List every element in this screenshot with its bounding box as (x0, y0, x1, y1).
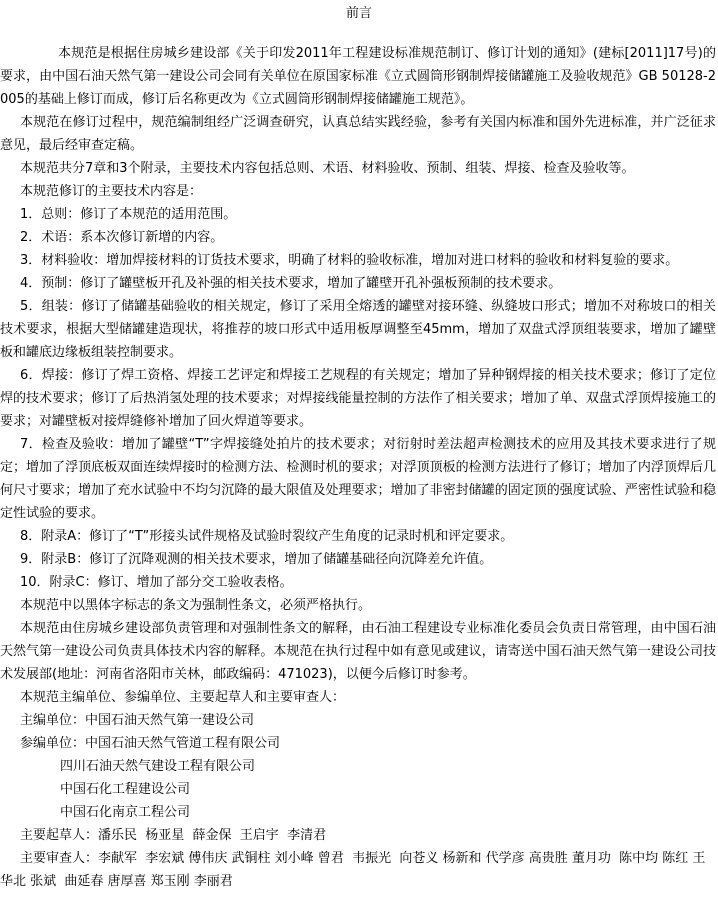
drafters-label: 主要起草人： (20, 828, 98, 843)
chief-unit-value: 中国石油天然气第一建设公司 (85, 713, 254, 728)
participating-unit-3: 中国石化工程建设公司 (0, 778, 718, 801)
intro-paragraph: 本规范是根据住房城乡建设部《关于印发2011年工程建设标准规范制订、修订计划的通… (0, 42, 718, 111)
participating-unit-4: 中国石化南京工程公司 (0, 801, 718, 824)
revision-item-5: 5．组装：修订了储罐基础验收的相关规定，修订了采用全熔透的罐壁对接环缝、纵缝坡口… (0, 295, 718, 364)
revision-item-8: 8．附录A：修订了“T”形接头试件规格及试验时裂纹产生角度的记录时机和评定要求。 (0, 525, 718, 548)
chief-unit-label: 主编单位： (20, 713, 85, 728)
participating-unit-label: 参编单位： (20, 736, 85, 751)
mandatory-note: 本规范中以黑体字标志的条文为强制性条文，必须严格执行。 (0, 594, 718, 617)
participating-unit-2: 四川石油天然气建设工程有限公司 (0, 755, 718, 778)
revision-item-6: 6．焊接：修订了焊工资格、焊接工艺评定和焊接工艺规程的有关规定；增加了异种钢焊接… (0, 364, 718, 433)
revision-item-10: 10．附录C：修订、增加了部分交工验收表格。 (0, 571, 718, 594)
title-spacer (0, 25, 718, 42)
revision-item-4: 4．预制：修订了罐壁板开孔及补强的相关技术要求，增加了罐壁开孔补强板预制的技术要… (0, 272, 718, 295)
chief-unit-line: 主编单位：中国石油天然气第一建设公司 (0, 709, 718, 732)
page-title: 前言 (0, 2, 718, 25)
management-paragraph: 本规范由住房城乡建设部负责管理和对强制性条文的解释，由石油工程建设专业标准化委员… (0, 617, 718, 686)
document-page: 前言 本规范是根据住房城乡建设部《关于印发2011年工程建设标准规范制订、修订计… (0, 0, 718, 893)
contributors-intro: 本规范主编单位、参编单位、主要起草人和主要审查人： (0, 686, 718, 709)
revision-intro-paragraph: 本规范修订的主要技术内容是： (0, 180, 718, 203)
revision-item-7: 7．检查及验收：增加了罐壁“T”字焊接缝处拍片的技术要求；对衍射时差法超声检测技… (0, 433, 718, 525)
drafters-line: 主要起草人：潘乐民 杨亚星 薛金保 王启宇 李清君 (0, 824, 718, 847)
revision-item-2: 2．术语：系本次修订新增的内容。 (0, 226, 718, 249)
drafters-names: 潘乐民 杨亚星 薛金保 王启宇 李清君 (98, 828, 326, 843)
process-paragraph: 本规范在修订过程中，规范编制组经广泛调查研究，认真总结实践经验，参考有关国内标准… (0, 111, 718, 157)
revision-item-3: 3．材料验收：增加焊接材料的订货技术要求，明确了材料的验收标准，增加对进口材料的… (0, 249, 718, 272)
revision-item-1: 1．总则：修订了本规范的适用范围。 (0, 203, 718, 226)
reviewers-label: 主要审查人： (20, 851, 98, 866)
reviewers-line: 主要审查人：李献军 李宏斌 傅伟庆 武铜柱 刘小峰 曾君 韦振光 向苍义 杨新和… (0, 847, 718, 893)
structure-paragraph: 本规范共分7章和3个附录，主要技术内容包括总则、术语、材料验收、预制、组装、焊接… (0, 157, 718, 180)
revision-item-9: 9．附录B：修订了沉降观测的相关技术要求，增加了储罐基础径向沉降差允许值。 (0, 548, 718, 571)
participating-unit-1: 中国石油天然气管道工程有限公司 (85, 736, 280, 751)
reviewers-names: 李献军 李宏斌 傅伟庆 武铜柱 刘小峰 曾君 韦振光 向苍义 杨新和 代学彦 高… (0, 851, 705, 889)
participating-unit-line: 参编单位：中国石油天然气管道工程有限公司 (0, 732, 718, 755)
